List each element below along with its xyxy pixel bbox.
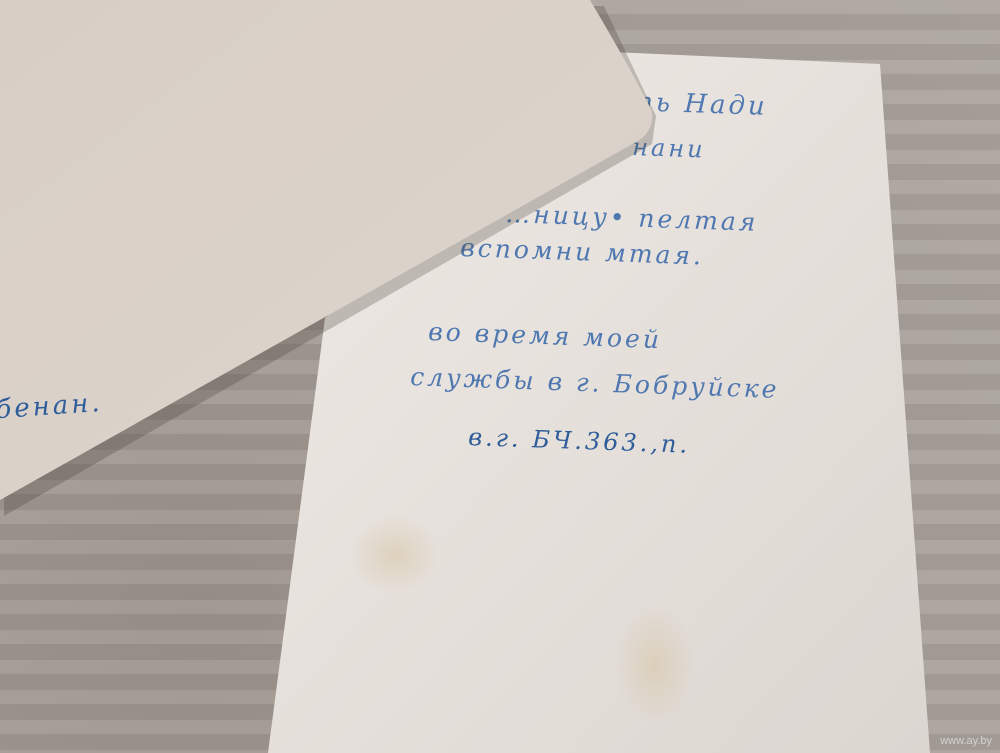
watermark: www.ay.by	[940, 735, 992, 747]
paper-scene: ть Нади нани …ницу• пелтая вспомни мтая.…	[0, 0, 1000, 753]
